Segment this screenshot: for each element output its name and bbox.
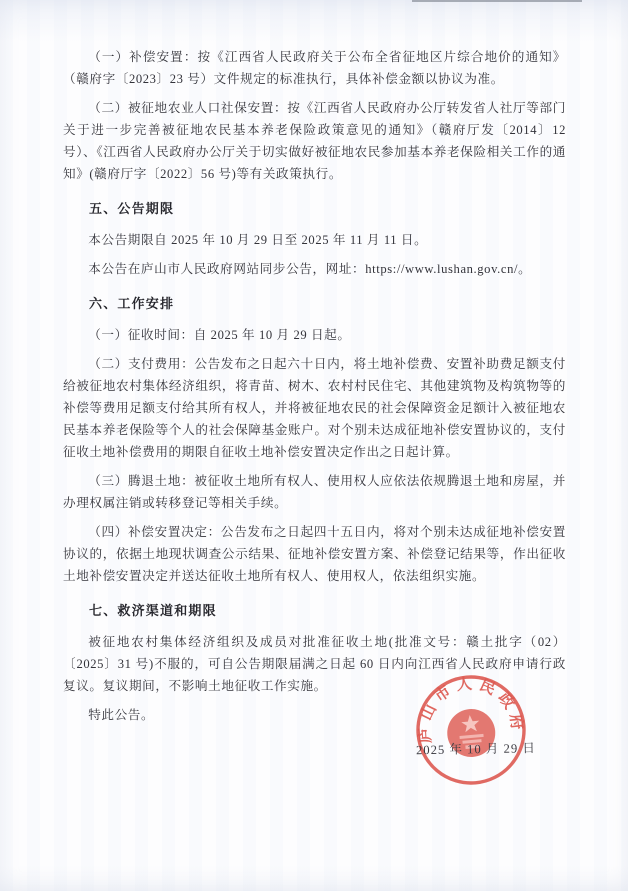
scanned-announcement-page: （一）补偿安置：按《江西省人民政府关于公布全省征地区片综合地价的通知》（赣府字〔… bbox=[0, 0, 628, 891]
clause-social-security: （二）被征地农业人口社保安置：按《江西省人民政府办公厅转发省人社厅等部门关于进一… bbox=[63, 97, 566, 185]
clause-compensation-placement: （一）补偿安置：按《江西省人民政府关于公布全省征地区片综合地价的通知》（赣府字〔… bbox=[63, 46, 566, 90]
section-heading-remedies: 七、救济渠道和期限 bbox=[63, 600, 566, 622]
clause-compensation-decision: （四）补偿安置决定：公告发布之日起四十五日内，将对个别未达成征地补偿安置协议的，… bbox=[63, 521, 566, 587]
notice-period-dates: 本公告期限自 2025 年 10 月 29 日至 2025 年 11 月 11 … bbox=[63, 229, 566, 251]
notice-website: 本公告在庐山市人民政府网站同步公告，网址：https://www.lushan.… bbox=[63, 258, 566, 280]
clause-land-vacation: （三）腾退土地：被征收土地所有权人、使用权人应依法依规腾退土地和房屋，并办理权属… bbox=[63, 470, 566, 514]
clause-payment: （二）支付费用：公告发布之日起六十日内，将土地补偿费、安置补助费足额支付给被征地… bbox=[63, 353, 566, 463]
section-heading-work-plan: 六、工作安排 bbox=[63, 293, 566, 315]
official-red-seal: 庐山市人民政府 bbox=[407, 666, 535, 794]
announcement-body: （一）补偿安置：按《江西省人民政府关于公布全省征地区片综合地价的通知》（赣府字〔… bbox=[0, 0, 628, 726]
signature-date: 2025 年 10 月 29 日 bbox=[416, 737, 556, 758]
section-heading-notice-period: 五、公告期限 bbox=[63, 198, 566, 220]
clause-collection-time: （一）征收时间：自 2025 年 10 月 29 日起。 bbox=[63, 324, 566, 346]
